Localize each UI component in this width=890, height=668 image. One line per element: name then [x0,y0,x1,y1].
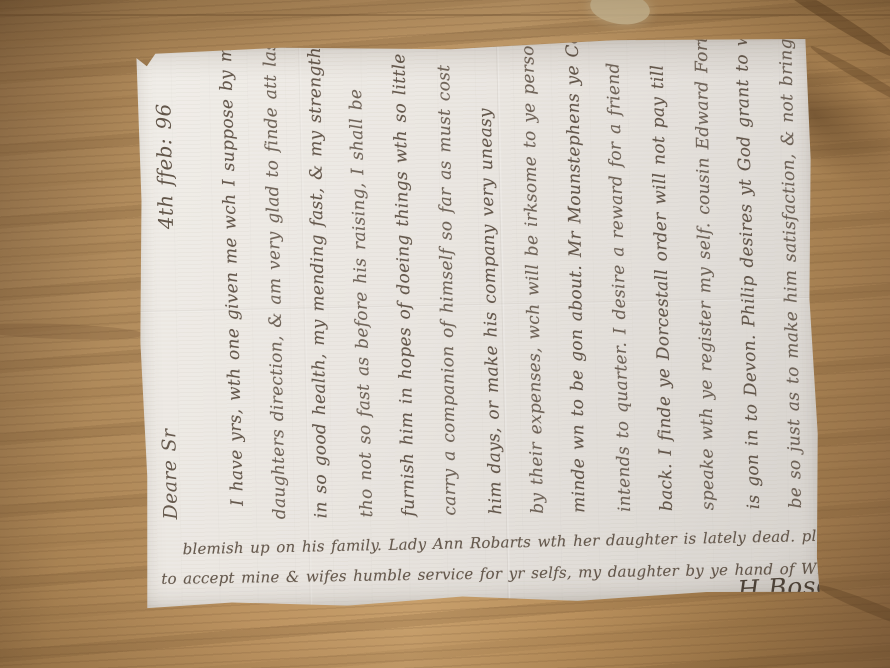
letter-main-text: Deare Sr 4th ffeb: 96 I have yrs, wth on… [143,50,813,534]
postscript-line: to accept mine & wifes humble service fo… [161,558,823,590]
letter-postscript: blemish up on his family. Lady Ann Robar… [182,525,823,591]
letter-head: Deare Sr 4th ffeb: 96 [143,63,201,534]
letter-body: I have yrs, wth one given me wch I suppo… [206,50,818,533]
photo-of-letter: Deare Sr 4th ffeb: 96 I have yrs, wth on… [0,0,890,668]
salutation: Deare Sr [158,429,182,520]
letter-paper: Deare Sr 4th ffeb: 96 I have yrs, wth on… [132,35,822,611]
letter-date: 4th ffeb: 96 [151,103,178,229]
